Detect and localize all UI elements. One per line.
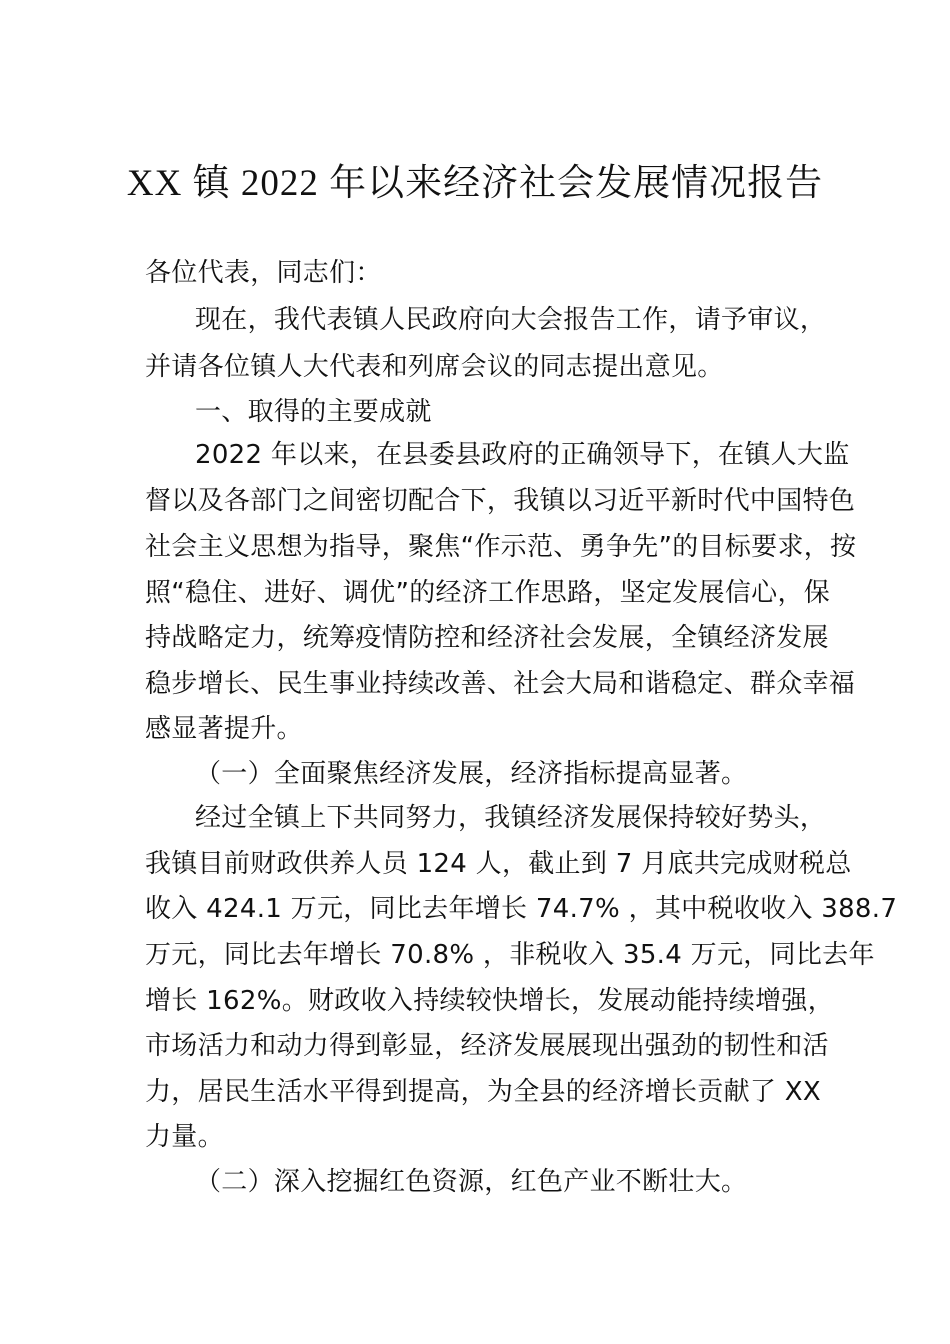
- paragraph-line: 稳步增长、民生事业持续改善、社会大局和谐稳定、群众幸福: [145, 666, 855, 702]
- section-heading: 一、取得的主要成就: [195, 394, 432, 430]
- subsection-heading: （二）深入挖掘红色资源，红色产业不断壮大。: [195, 1164, 747, 1200]
- paragraph-line: 经过全镇上下共同努力，我镇经济发展保持较好势头，: [195, 800, 826, 836]
- paragraph-line: 收入 424.1 万元，同比去年增长 74.7% ，其中税收收入 388.7: [145, 891, 897, 927]
- paragraph-line: 万元，同比去年增长 70.8% ，非税收入 35.4 万元，同比去年: [145, 937, 875, 973]
- paragraph-line: 增长 162%。财政收入持续较快增长，发展动能持续增强，: [145, 983, 834, 1019]
- paragraph-line: 市场活力和动力得到彰显，经济发展展现出强劲的韧性和活: [145, 1028, 829, 1064]
- paragraph-line: 力，居民生活水平得到提高，为全县的经济增长贡献了 XX: [145, 1074, 821, 1110]
- document-title: XX 镇 2022 年以来经济社会发展情况报告: [0, 160, 950, 208]
- document-page: XX 镇 2022 年以来经济社会发展情况报告 各位代表，同志们： 现在，我代表…: [0, 0, 950, 1344]
- paragraph-line: 现在，我代表镇人民政府向大会报告工作，请予审议，: [195, 302, 826, 338]
- paragraph-line: 我镇目前财政供养人员 124 人，截止到 7 月底共完成财税总: [145, 846, 852, 882]
- paragraph-line: 2022 年以来，在县委县政府的正确领导下，在镇人大监: [195, 437, 850, 473]
- paragraph-line: 督以及各部门之间密切配合下，我镇以习近平新时代中国特色: [145, 483, 855, 519]
- paragraph-line: 持战略定力，统筹疫情防控和经济社会发展，全镇经济发展: [145, 620, 829, 656]
- subsection-heading: （一）全面聚焦经济发展，经济指标提高显著。: [195, 756, 747, 792]
- paragraph-line: 并请各位镇人大代表和列席会议的同志提出意见。: [145, 349, 724, 385]
- paragraph-line: 社会主义思想为指导，聚焦“作示范、勇争先”的目标要求，按: [145, 529, 856, 565]
- paragraph-line: 力量。: [145, 1119, 224, 1155]
- salutation: 各位代表，同志们：: [145, 255, 382, 291]
- paragraph-line: 感显著提升。: [145, 711, 303, 747]
- paragraph-line: 照“稳住、进好、调优”的经济工作思路，坚定发展信心，保: [145, 575, 830, 611]
